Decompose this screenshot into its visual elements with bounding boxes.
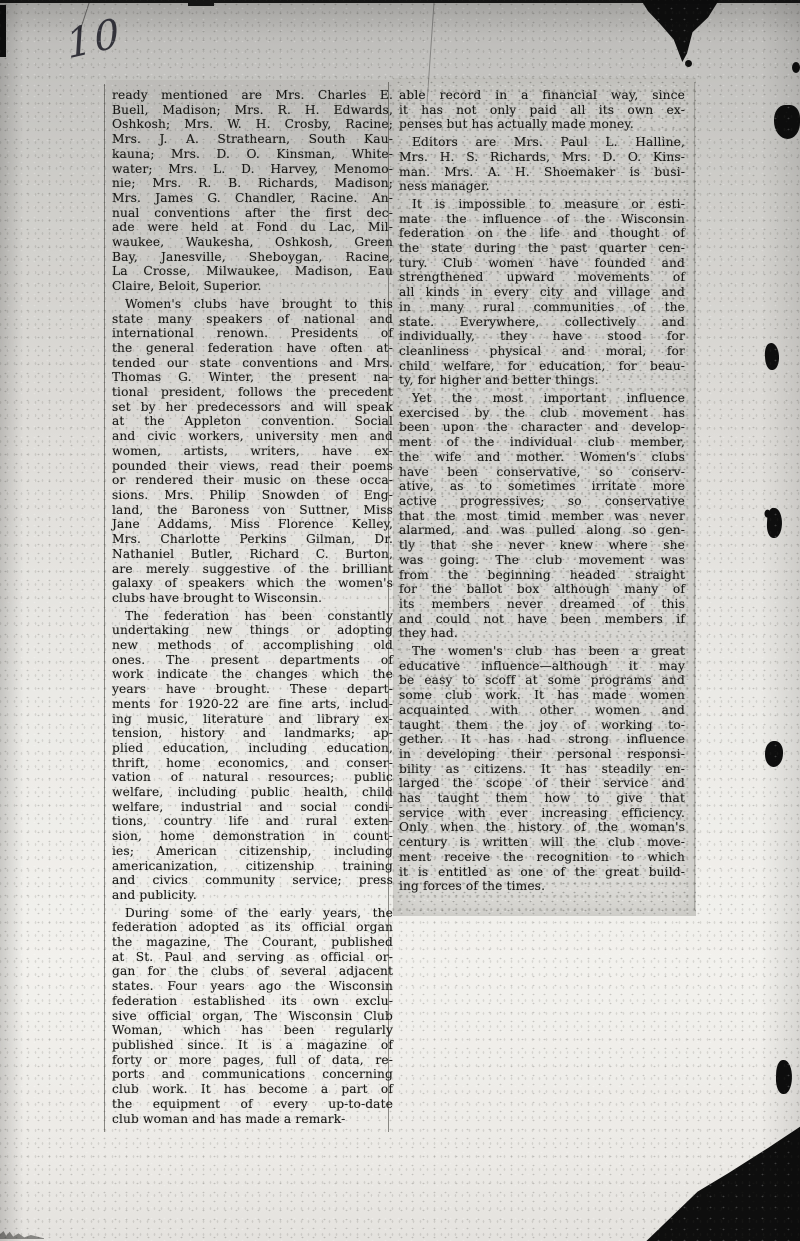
text-line: ty, for higher and better things. xyxy=(399,373,685,388)
text-line: Only when the history of the woman's xyxy=(399,820,685,835)
torn-corner-bottom-right xyxy=(640,1100,800,1241)
paragraph: The women's club has been a greateducati… xyxy=(399,644,685,894)
text-line: gan for the clubs of several adjacent xyxy=(112,964,393,979)
scan-left-edge-mark xyxy=(0,5,6,57)
text-line: federation established its own exclu- xyxy=(112,994,393,1009)
text-line: Woman, which has been regularly xyxy=(112,1023,393,1038)
scanned-newspaper-page: ready mentioned are Mrs. Charles E.Buell… xyxy=(0,0,800,1241)
text-line: set by her predecessors and will speak xyxy=(112,400,393,415)
text-line: and publicity. xyxy=(112,888,393,903)
text-line: or rendered their music on these occa- xyxy=(112,473,393,488)
ink-blot-right-2 xyxy=(764,343,780,371)
paragraph: The federation has been constantlyundert… xyxy=(112,609,393,903)
text-line: be easy to scoff at some programs and xyxy=(399,673,685,688)
paragraph: Editors are Mrs. Paul L. Halline,Mrs. H.… xyxy=(399,135,685,194)
text-line: women, artists, writers, have ex- xyxy=(112,444,393,459)
ink-dot-right xyxy=(792,62,800,73)
paragraph: Women's clubs have brought to thisstate … xyxy=(112,297,393,606)
text-line: the magazine, The Courant, published xyxy=(112,935,393,950)
text-line: federation adopted as its official organ xyxy=(112,920,393,935)
text-line: Jane Addams, Miss Florence Kelley, xyxy=(112,517,393,532)
text-line: in many rural communities of the xyxy=(399,300,685,315)
text-line: ies; American citizenship, including xyxy=(112,844,393,859)
text-line: service with ever increasing efficiency. xyxy=(399,806,685,821)
text-line: at St. Paul and serving as official or- xyxy=(112,950,393,965)
text-line: americanization, citizenship training xyxy=(112,859,393,874)
text-line: that the most timid member was never xyxy=(399,509,685,524)
text-line: forty or more pages, full of data, re- xyxy=(112,1053,393,1068)
text-line: acquainted with other women and xyxy=(399,703,685,718)
text-line: century is written will the club move- xyxy=(399,835,685,850)
text-line: the general federation have often at- xyxy=(112,341,393,356)
text-line: individually, they have stood for xyxy=(399,329,685,344)
text-line: pounded their views, read their poems xyxy=(112,459,393,474)
text-line: educative influence—although it may xyxy=(399,659,685,674)
text-line: Mrs. J. A. Strathearn, South Kau- xyxy=(112,132,393,147)
text-line: taught them the joy of working to- xyxy=(399,718,685,733)
article-right-column: able record in a financial way, sinceit … xyxy=(399,88,685,894)
text-line: clubs have brought to Wisconsin. xyxy=(112,591,393,606)
paragraph: able record in a financial way, sinceit … xyxy=(399,88,685,132)
text-line: mate the influence of the Wisconsin xyxy=(399,212,685,227)
text-line: tly that she never knew where she xyxy=(399,538,685,553)
text-line: During some of the early years, the xyxy=(112,906,393,921)
text-line: plied education, including education, xyxy=(112,741,393,756)
ink-blot-right-4 xyxy=(765,741,783,767)
article-left-column: ready mentioned are Mrs. Charles E.Buell… xyxy=(112,88,393,1126)
text-line: water; Mrs. L. D. Harvey, Menomo- xyxy=(112,162,393,177)
text-line: thrift, home economics, and conser- xyxy=(112,756,393,771)
text-line: larged the scope of their service and xyxy=(399,776,685,791)
text-line: nual conventions after the first dec- xyxy=(112,206,393,221)
text-line: exercised by the club movement has xyxy=(399,406,685,421)
text-line: Yet the most important influence xyxy=(399,391,685,406)
text-line: sive official organ, The Wisconsin Club xyxy=(112,1009,393,1024)
text-line: and civics community service; press xyxy=(112,873,393,888)
text-line: ment receive the recognition to which xyxy=(399,850,685,865)
text-line: bility as citizens. It has steadily en- xyxy=(399,762,685,777)
text-line: it has not only paid all its own ex- xyxy=(399,103,685,118)
text-line: was going. The club movement was xyxy=(399,553,685,568)
paragraph: It is impossible to measure or esti-mate… xyxy=(399,197,685,388)
text-line: tional president, follows the precedent xyxy=(112,385,393,400)
text-line: Bay, Janesville, Sheboygan, Racine, xyxy=(112,250,393,265)
paragraph: During some of the early years, thefeder… xyxy=(112,906,393,1127)
text-line: the equipment of every up-to-date xyxy=(112,1097,393,1112)
handwritten-page-number: 10 xyxy=(64,10,125,69)
text-line: child welfare, for education, for beau- xyxy=(399,359,685,374)
text-line: penses but has actually made money. xyxy=(399,117,685,132)
text-line: has taught them how to give that xyxy=(399,791,685,806)
scan-bottom-left-marks xyxy=(0,1231,44,1239)
text-line: for the ballot box although many of xyxy=(399,582,685,597)
text-line: nie; Mrs. R. B. Richards, Madison; xyxy=(112,176,393,191)
text-line: some club work. It has made women xyxy=(399,688,685,703)
text-line: man. Mrs. A. H. Shoemaker is busi- xyxy=(399,165,685,180)
text-line: Editors are Mrs. Paul L. Halline, xyxy=(399,135,685,150)
text-line: its members never dreamed of this xyxy=(399,597,685,612)
text-line: Women's clubs have brought to this xyxy=(112,297,393,312)
text-line: Mrs. H. S. Richards, Mrs. D. O. Kins- xyxy=(399,150,685,165)
text-line: work indicate the changes which the xyxy=(112,667,393,682)
text-line: Mrs. Charlotte Perkins Gilman, Dr. xyxy=(112,532,393,547)
torn-paper-mark-top-right xyxy=(641,0,719,62)
text-line: and could not have been members if xyxy=(399,612,685,627)
text-line: ments for 1920-22 are fine arts, includ- xyxy=(112,697,393,712)
text-line: in developing their personal responsi- xyxy=(399,747,685,762)
text-line: from the beginning headed straight xyxy=(399,568,685,583)
text-line: gether. It has had strong influence xyxy=(399,732,685,747)
text-line: international renown. Presidents of xyxy=(112,326,393,341)
text-line: ness manager. xyxy=(399,179,685,194)
text-line: cleanliness physical and moral, for xyxy=(399,344,685,359)
text-line: The federation has been constantly xyxy=(112,609,393,624)
text-line: all kinds in every city and village and xyxy=(399,285,685,300)
text-line: ing forces of the times. xyxy=(399,879,685,894)
column-rule-left xyxy=(104,84,105,1132)
text-line: Mrs. James G. Chandler, Racine. An- xyxy=(112,191,393,206)
text-line: Oshkosh; Mrs. W. H. Crosby, Racine; xyxy=(112,117,393,132)
text-line: federation on the life and thought of xyxy=(399,226,685,241)
text-line: published since. It is a magazine of xyxy=(112,1038,393,1053)
text-line: at the Appleton convention. Social xyxy=(112,414,393,429)
text-line: sion, home demonstration in count- xyxy=(112,829,393,844)
ink-dot xyxy=(685,60,692,67)
text-line: The women's club has been a great xyxy=(399,644,685,659)
text-line: strengthened upward movements of xyxy=(399,270,685,285)
text-line: able record in a financial way, since xyxy=(399,88,685,103)
ink-blot-right-3 xyxy=(766,508,783,539)
text-line: state. Everywhere, collectively and xyxy=(399,315,685,330)
text-line: tension, history and landmarks; ap- xyxy=(112,726,393,741)
text-line: ports and communications concerning xyxy=(112,1067,393,1082)
text-line: sions. Mrs. Philip Snowden of Eng- xyxy=(112,488,393,503)
text-line: undertaking new things or adopting xyxy=(112,623,393,638)
text-line: It is impossible to measure or esti- xyxy=(399,197,685,212)
text-line: welfare, including public health, child xyxy=(112,785,393,800)
text-line: ade were held at Fond du Lac, Mil- xyxy=(112,220,393,235)
text-line: club work. It has become a part of xyxy=(112,1082,393,1097)
text-line: active progressives; so conservative xyxy=(399,494,685,509)
text-line: new methods of accomplishing old xyxy=(112,638,393,653)
text-line: Buell, Madison; Mrs. R. H. Edwards, xyxy=(112,103,393,118)
text-line: tury. Club women have founded and xyxy=(399,256,685,271)
ink-blot-right-5 xyxy=(775,1060,792,1095)
ink-blot-right-1 xyxy=(774,105,800,139)
text-line: vation of natural resources; public xyxy=(112,770,393,785)
text-line: and civic workers, university men and xyxy=(112,429,393,444)
text-line: ment of the individual club member, xyxy=(399,435,685,450)
text-line: been upon the character and develop- xyxy=(399,420,685,435)
paragraph: Yet the most important influenceexercise… xyxy=(399,391,685,641)
text-line: the wife and mother. Women's clubs xyxy=(399,450,685,465)
text-line: ing music, literature and library ex- xyxy=(112,712,393,727)
text-line: galaxy of speakers which the women's xyxy=(112,576,393,591)
text-line: ready mentioned are Mrs. Charles E. xyxy=(112,88,393,103)
text-line: it is entitled as one of the great build… xyxy=(399,865,685,880)
text-line: Thomas G. Winter, the present na- xyxy=(112,370,393,385)
text-line: waukee, Waukesha, Oshkosh, Green xyxy=(112,235,393,250)
text-line: ones. The present departments of xyxy=(112,653,393,668)
text-line: are merely suggestive of the brilliant xyxy=(112,562,393,577)
text-line: ative, as to sometimes irritate more xyxy=(399,479,685,494)
text-line: alarmed, and was pulled along so gen- xyxy=(399,523,685,538)
text-line: states. Four years ago the Wisconsin xyxy=(112,979,393,994)
text-line: the state during the past quarter cen- xyxy=(399,241,685,256)
text-line: La Crosse, Milwaukee, Madison, Eau xyxy=(112,264,393,279)
text-line: they had. xyxy=(399,626,685,641)
text-line: tions, country life and rural exten- xyxy=(112,814,393,829)
text-line: years have brought. These depart- xyxy=(112,682,393,697)
text-line: kauna; Mrs. D. O. Kinsman, White- xyxy=(112,147,393,162)
text-line: land, the Baroness von Suttner, Miss xyxy=(112,503,393,518)
text-line: tended our state conventions and Mrs. xyxy=(112,356,393,371)
text-line: Nathaniel Butler, Richard C. Burton, xyxy=(112,547,393,562)
text-line: have been conservative, so conserv- xyxy=(399,465,685,480)
text-line: Claire, Beloit, Superior. xyxy=(112,279,393,294)
text-line: club woman and has made a remark- xyxy=(112,1112,393,1127)
column-rule-right xyxy=(694,82,695,910)
text-line: welfare, industrial and social condi- xyxy=(112,800,393,815)
text-line: state many speakers of national and xyxy=(112,312,393,327)
paragraph: ready mentioned are Mrs. Charles E.Buell… xyxy=(112,88,393,294)
